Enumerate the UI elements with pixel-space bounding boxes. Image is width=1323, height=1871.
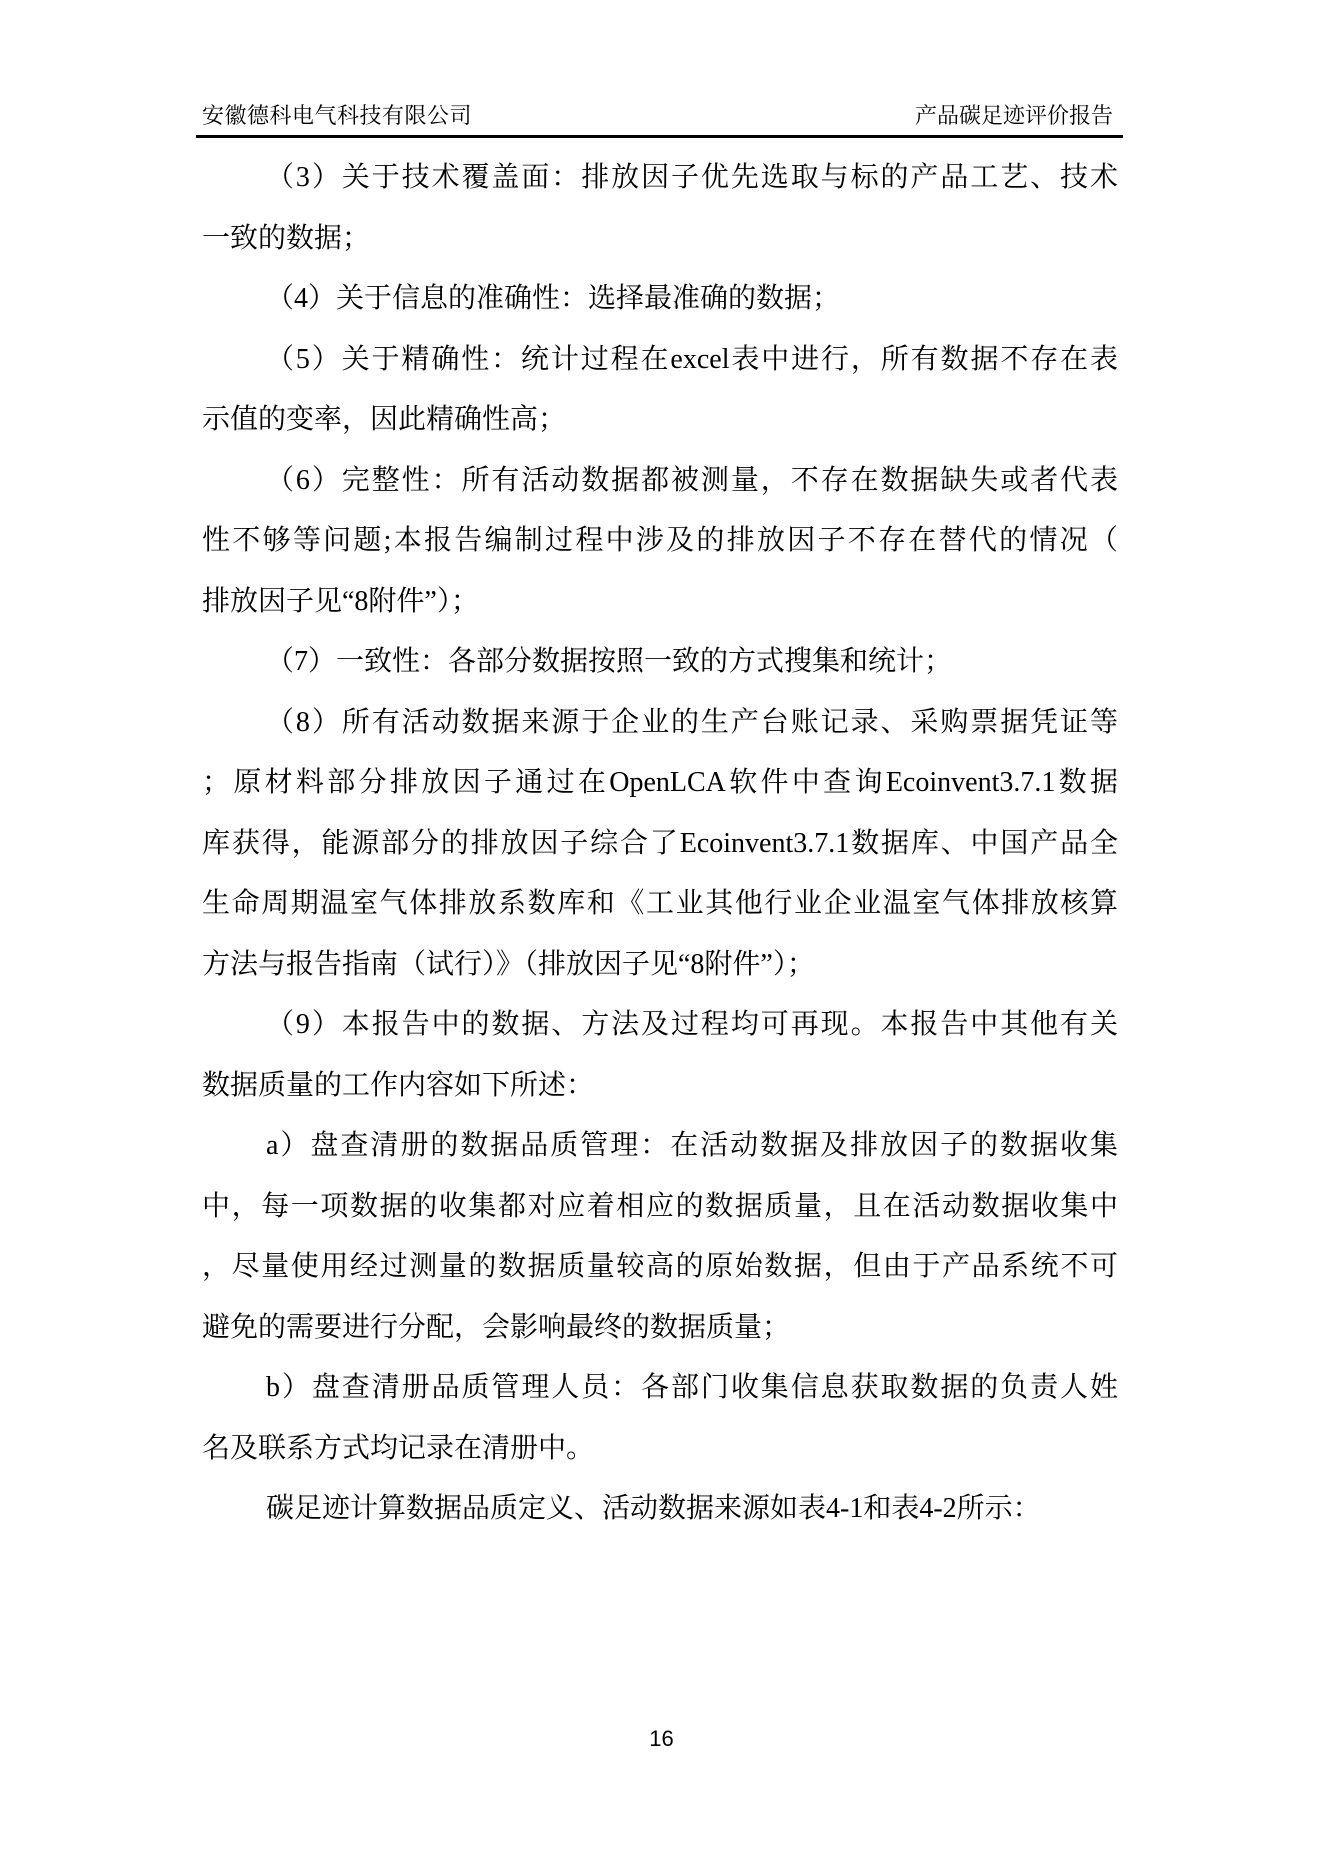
body-text: （3）关于技术覆盖面：排放因子优先选取与标的产品工艺、技术一致的数据；（4）关于… [202, 148, 1118, 1540]
text-line: （9）本报告中的数据、方法及过程均可再现。本报告中其他有关 [202, 995, 1118, 1056]
text-line: ；原材料部分排放因子通过在OpenLCA软件中查询Ecoinvent3.7.1数… [202, 753, 1118, 814]
text-line: 避免的需要进行分配，会影响最终的数据质量； [202, 1298, 1118, 1359]
text-line: （4）关于信息的准确性：选择最准确的数据； [202, 269, 1118, 330]
text-line: 碳足迹计算数据品质定义、活动数据来源如表4-1和表4-2所示： [202, 1479, 1118, 1540]
header-company-name: 安徽德科电气科技有限公司 [202, 104, 472, 128]
text-line: （3）关于技术覆盖面：排放因子优先选取与标的产品工艺、技术 [202, 148, 1118, 209]
text-line: （8）所有活动数据来源于企业的生产台账记录、采购票据凭证等 [202, 693, 1118, 754]
document-page: 安徽德科电气科技有限公司 产品碳足迹评价报告 （3）关于技术覆盖面：排放因子优先… [0, 0, 1323, 1871]
text-line: 数据质量的工作内容如下所述： [202, 1056, 1118, 1117]
text-line: 性不够等问题;本报告编制过程中涉及的排放因子不存在替代的情况（ [202, 511, 1118, 572]
text-line: a）盘查清册的数据品质管理：在活动数据及排放因子的数据收集 [202, 1116, 1118, 1177]
text-line: （7）一致性：各部分数据按照一致的方式搜集和统计； [202, 632, 1118, 693]
header-report-title: 产品碳足迹评价报告 [915, 104, 1113, 128]
text-line: （5）关于精确性：统计过程在excel表中进行，所有数据不存在表 [202, 330, 1118, 391]
text-line: b）盘查清册品质管理人员：各部门收集信息获取数据的负责人姓 [202, 1358, 1118, 1419]
text-line: 名及联系方式均记录在清册中。 [202, 1419, 1118, 1480]
text-line: 中，每一项数据的收集都对应着相应的数据质量，且在活动数据收集中 [202, 1177, 1118, 1238]
text-line: 一致的数据； [202, 209, 1118, 270]
header-rule [196, 135, 1123, 138]
text-line: ，尽量使用经过测量的数据质量较高的原始数据，但由于产品系统不可 [202, 1237, 1118, 1298]
text-line: 方法与报告指南（试行）》（排放因子见“8附件”）； [202, 935, 1118, 996]
text-line: 生命周期温室气体排放系数库和《工业其他行业企业温室气体排放核算 [202, 874, 1118, 935]
text-line: 排放因子见“8附件”）； [202, 572, 1118, 633]
text-line: （6）完整性：所有活动数据都被测量，不存在数据缺失或者代表 [202, 451, 1118, 512]
text-line: 库获得，能源部分的排放因子综合了Ecoinvent3.7.1数据库、中国产品全 [202, 814, 1118, 875]
text-line: 示值的变率，因此精确性高； [202, 390, 1118, 451]
page-number: 16 [0, 1726, 1323, 1752]
